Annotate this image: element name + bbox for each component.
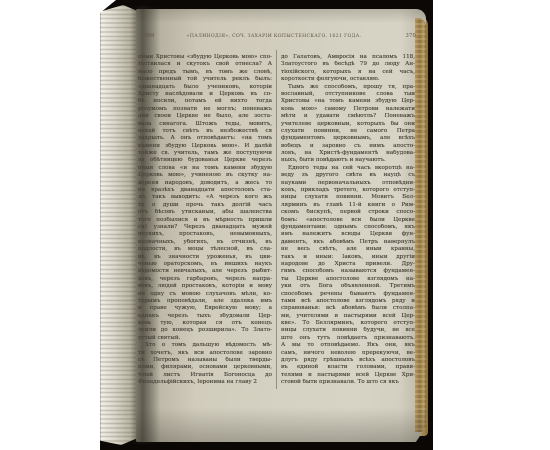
text-line: того позбылися и въ мѣрность пришли: [138, 217, 272, 224]
left-column-number: 369: [144, 33, 155, 39]
text-line: за обѣтницею будованья Церкве черезъ: [138, 157, 272, 164]
text-line: ковь мою» самому Петрови належати: [281, 106, 415, 113]
text-line: тіохійского, которыхъ я на сей часъ,: [281, 69, 415, 76]
running-header: 369 «ПАЛИНОДІЯ», СОЧ. ЗАХАРІИ КОПЫСТЕНСК…: [144, 33, 416, 42]
text-line: длугъ ряду грѣшныхъ всѣхъ апостоловъ: [281, 357, 415, 364]
text-line: до Галатовъ, Амвросія на псаломъ 118,: [281, 54, 415, 61]
text-line: торымъ проповѣдали, але здалека имъ: [138, 298, 272, 305]
text-line: ты Церкве апостолове взглядомъ на-: [281, 276, 415, 283]
text-line: розумомъ познати не моглъ; поневажъ: [138, 106, 272, 113]
text-line: Едного теды на сей часъ вкоротцѣ на-: [281, 165, 415, 172]
text-line: не весь свѣтъ, але иныи краины,: [281, 246, 415, 253]
text-line: ся) узнали? Черезъ дванадцать мужей: [138, 224, 272, 231]
text-line: отъ бѣсовъ утисканыи, абы шаленства: [138, 209, 272, 216]
text-line: такъ и иныи: Іаковъ, иныи другіи: [281, 254, 415, 261]
text-line: кве». То Беллярминъ, которого отступ-: [281, 320, 415, 327]
text-line: закрылъ. А онъ отповѣдаетъ: «на томъ: [138, 135, 272, 142]
text-line: земли до конецъ розширила». То Злато-: [138, 327, 272, 334]
text-line: вѣдомости невчалыхъ, але черезъ рыбит-: [138, 268, 272, 275]
text-line: вѣ, въ значности уроженья, въ цви-: [138, 254, 272, 261]
text-line: короткости фолгуючи, оставляю.: [281, 76, 415, 83]
text-line: ло, такъ выводитъ: «А черезъ кого жъ: [138, 194, 272, 201]
text-line: вовъ, черезъ гарбаровъ, черезъ напра-: [138, 276, 272, 283]
text-line: Христовы «на томъ камени збудую Цер-: [281, 98, 415, 105]
text-line: гимъ способомъ называются фундамен-: [281, 268, 415, 275]
text-line: вала синагога. Штожъ теды, мовитъ,: [138, 121, 272, 128]
text-line: нями, филярами, основами церковными,: [138, 364, 272, 371]
text-line: скомъ бискупѣ, первой строки спосо-: [281, 209, 415, 216]
text-line: вославный, отступникове слова тыи: [281, 91, 415, 98]
page-title: «ПАЛИНОДІЯ», СОЧ. ЗАХАРІИ КОПЫСТЕНСКАГО,…: [187, 34, 362, 39]
text-line: вовъ, людей простаковъ, которіи и мову: [138, 283, 272, 290]
text-line: Златоустого въ бесѣдѣ 79 до люду Ан-: [281, 61, 415, 68]
text-line: нехай тотъ свѣтъ въ незбожествѣ ся: [138, 128, 272, 135]
text-line: чтый листъ Игнатія Богоносца до: [138, 372, 272, 379]
text-line: самъ, ничого неволею пререкуючи, ве-: [281, 350, 415, 357]
book-photo: 369 «ПАЛИНОДІЯ», СОЧ. ЗАХАРІИ КОПЫСТЕНСК…: [100, 0, 433, 450]
text-line: науками первоначальныхъ отповѣдни-: [281, 180, 415, 187]
text-line: тами всѣ апостолове взглядомъ ряду и: [281, 298, 415, 305]
text-line: то о души прочь такъ долгій часъ: [138, 202, 272, 209]
text-line: стовой быти признавали. То што ся якъ: [281, 379, 415, 386]
text-line: учителеве церковныи, которыхъ бы они: [281, 121, 415, 128]
text-line: оныи слова «и на томъ камени збудую: [138, 165, 272, 172]
text-line: ныхъ, быти повѣдаютъ и научаютъ.: [281, 157, 415, 164]
text-line: мало предъ тымъ, въ томъ же словѣ,: [138, 69, 272, 76]
text-line: ницы слухати повинни будучи, не все: [281, 327, 415, 334]
text-line: камени збудую Церковь мою». И далѣй: [138, 143, 272, 150]
text-line: въ единой власти головами, прави-: [281, 364, 415, 371]
right-column-number: 370: [405, 33, 416, 39]
text-line: способомъ речены бываютъ фундамен-: [281, 291, 415, 298]
text-line: ти хочетъ, якъ вси апостолове заровно: [138, 350, 272, 357]
text-line: тойже св. учитель, тамъ же поступуючи: [138, 150, 272, 157]
text-line: бомъ: «апостолове вси были Церкве: [281, 217, 415, 224]
text-line: еднакъ черезъ тыхъ збудовали Цер-: [138, 313, 272, 320]
text-line: Церковь мою», учиненою въ скутку на-: [138, 172, 272, 179]
text-line: фундаментомъ церковнымъ, але всѣхъ: [281, 135, 415, 142]
text-line: лярминъ въ главѣ 11-й книги о Рим-: [281, 202, 415, 209]
text-line: не одну съ мовою слухачовъ мѣли, ко-: [138, 291, 272, 298]
text-line: ковь тую, которая ся отъ конецъ: [138, 320, 272, 327]
text-line: съ Петромъ называны были тверды-: [138, 357, 272, 364]
text-line: имъ належитъ всюды Церкви фун-: [281, 231, 415, 238]
text-line: Филадельфійскихъ, Іеронима на главу 2: [138, 379, 272, 386]
text-line: бѣ носили, потамъ ей нихто тогда: [138, 98, 272, 105]
text-line: веду зъ другого свѣта въ науцѣ съ: [281, 172, 415, 179]
text-line: вобецъ и заровно съ нимъ апосто-: [281, 143, 415, 150]
text-line: Тымъ же способомъ, прошу тя, пра-: [281, 84, 415, 91]
text-line: Хто о томъ дальшую вѣдомость мѣ-: [138, 342, 272, 349]
text-column-right: до Галатовъ, Амвросія на псаломъ 118,Зла…: [281, 54, 415, 387]
text-line: народове до Христа привели. Дру-: [281, 261, 415, 268]
text-line: ловъ, на Христѣ-фундаментѣ набудова-: [281, 150, 415, 157]
text-line: ницы слухати повинни. Мовитъ Бел-: [281, 194, 415, 201]
text-line: уки отъ Бога объявленной. Третимъ: [281, 283, 415, 290]
text-line: и праве чужую, Еврейскую мову; а: [138, 305, 272, 312]
text-line: «дванадцать было учениковъ, которіи: [138, 84, 272, 91]
text-line: што онъ тутъ повѣдаетъ признаваютъ.: [281, 335, 415, 342]
text-line: вереня народовъ, доводитъ, а жесь то: [138, 180, 272, 187]
text-line: устый святый.: [138, 335, 272, 342]
text-line: Христу наслѣдовали и Церковь въ со-: [138, 91, 272, 98]
text-line: ани своеи Церкве не было, але зоста-: [138, 113, 272, 120]
text-line: божественный той учитель реклъ былъ:: [138, 76, 272, 83]
text-line: даментъ, якъ абовѣмъ Петръ навернулъ: [281, 239, 415, 246]
text-line: ченью ораторскомъ, въ иншихъ наукъ: [138, 261, 272, 268]
text-line: фундаментами: однымъ способомъ, якъ: [281, 224, 415, 231]
text-line: мѣти и удавати смѣютль? Поневажъ: [281, 113, 415, 120]
text-line: ковъ, прикладъ третего, которого отступ-: [281, 187, 415, 194]
text-line: тьствилася и скутокъ свой отнесла? А: [138, 61, 272, 68]
text-line: ми, учителями и пастырями всей Цер-: [281, 313, 415, 320]
text-column-left: оныи Христовы «збудую Церковь мою» спо-т…: [138, 54, 272, 387]
text-line: телями и пастырями всей Церкве Хри-: [281, 372, 415, 379]
text-line: справованья: всѣ абовѣмъ были столпа-: [281, 305, 415, 312]
text-line: незначныхъ, убогихъ, въ отчизнѣ, въ: [138, 239, 272, 246]
text-line: слухати повинни, не самого Петра: [281, 128, 415, 135]
text-line: подлости, въ моцы тѣлесной, въ сла-: [138, 246, 272, 253]
column-divider: [276, 50, 277, 389]
page-content: 369 «ПАЛИНОДІЯ», СОЧ. ЗАХАРІИ КОПЫСТЕНСК…: [100, 0, 433, 450]
text-line: на вразѣхъ дванадцати апостоловъ ста-: [138, 187, 272, 194]
text-line: неукихъ, простаковъ, невымовныхъ,: [138, 231, 272, 238]
text-line: оныи Христовы «збудую Церковь мою» спо-: [138, 54, 272, 61]
text-line: А мы то отповѣдаемо. Якъ они, якъ: [281, 342, 415, 349]
